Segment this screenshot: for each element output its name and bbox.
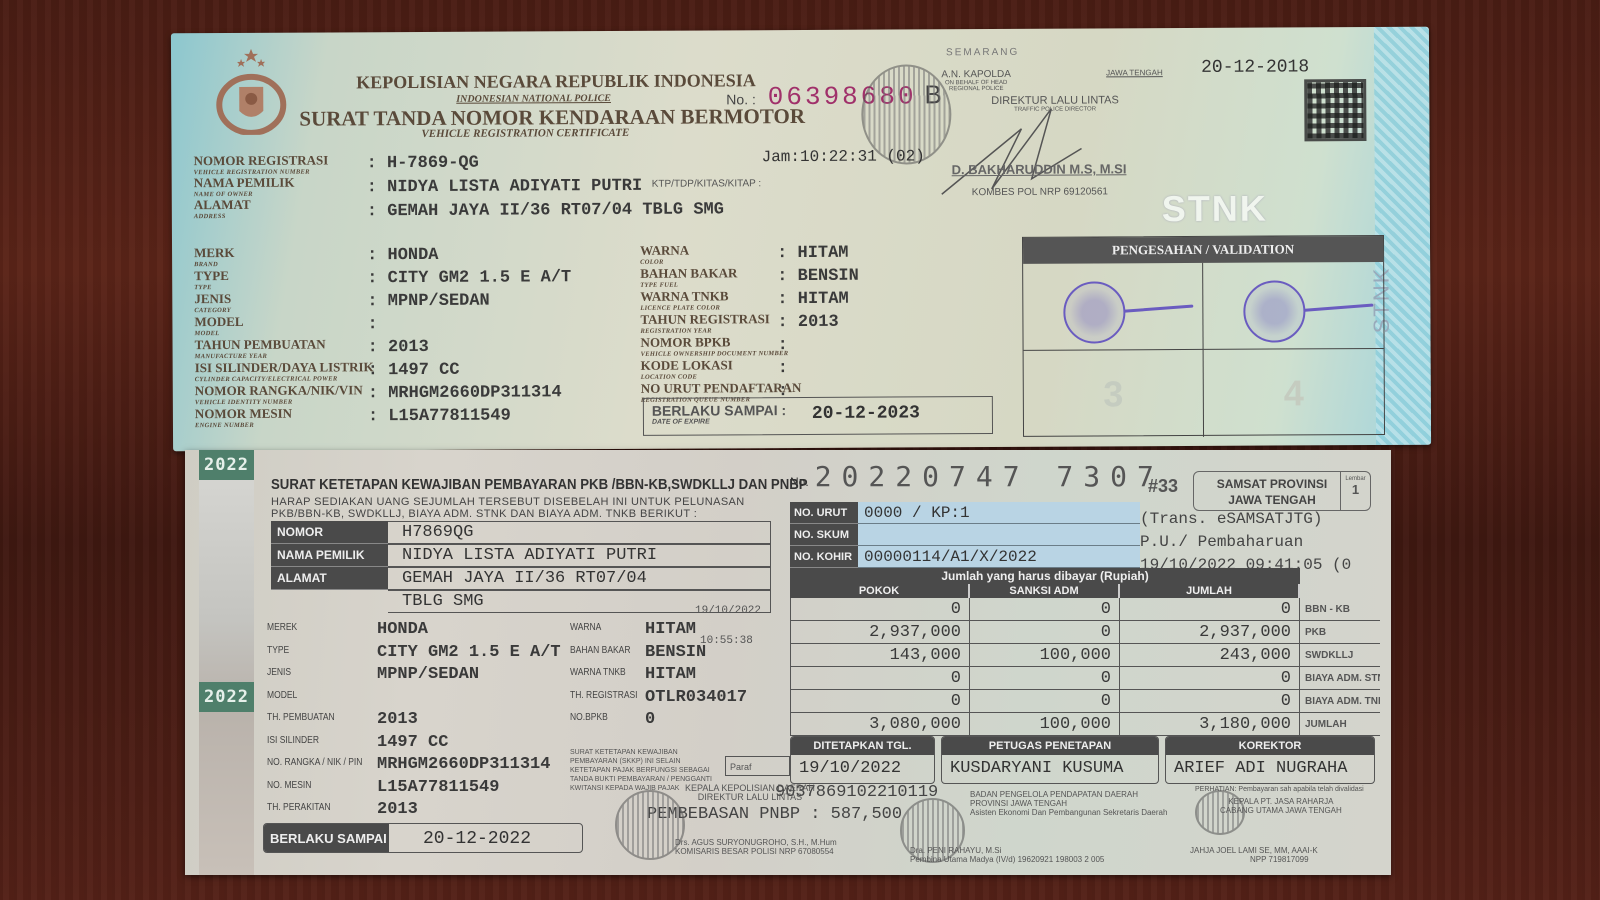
pnbp-exemption: PEMBEBASAN PNBP : 587,500 xyxy=(647,810,902,819)
field-label: NO. RANGKA / NIK / PIN xyxy=(267,757,362,768)
document-title-en: VEHICLE REGISTRATION CERTIFICATE xyxy=(421,127,629,140)
payment-row: 000BBN - KB xyxy=(790,598,1380,621)
payment-pokok: 0 xyxy=(790,667,970,689)
expiry-box: BERLAKU SAMPAI :DATE OF EXPIRE 20-12-202… xyxy=(643,396,993,436)
col-jumlah: JUMLAH xyxy=(1120,584,1300,598)
field-value: : BENSIN xyxy=(777,267,859,286)
assessment-row: DITETAPKAN TGL.19/10/2022 PETUGAS PENETA… xyxy=(790,736,1375,784)
validation-signature-icon xyxy=(1303,304,1373,312)
doc-no-label: No. : xyxy=(726,91,756,107)
owner-label: ALAMAT xyxy=(271,567,388,590)
owner-table: NOMOR REGISTRASIH7869QG NAMA PEMILIKNIDY… xyxy=(271,521,771,613)
payment-pokok: 0 xyxy=(790,598,970,620)
payment-pokok: 143,000 xyxy=(790,644,970,666)
qr-code-icon xyxy=(1304,79,1366,141)
issue-time: Jam:10:22:31 (02) xyxy=(762,147,925,166)
field-value: : HITAM xyxy=(777,244,849,263)
payment-row: 000BIAYA ADM. STNK xyxy=(790,667,1380,690)
payment-row: 000BIAYA ADM. TNKB xyxy=(790,690,1380,713)
payment-validity-note: PERHATIAN: Pembayaran sah apabila telah … xyxy=(1195,785,1364,794)
value-address: : GEMAH JAYA II/36 RT07/04 TBLG SMG xyxy=(367,200,724,221)
field-value: MPNP/SEDAN xyxy=(377,665,479,684)
print-date-stamp: 19/10/2022 xyxy=(695,607,761,616)
ditetapkan-box: DITETAPKAN TGL.19/10/2022 xyxy=(790,736,935,784)
owner-value: NIDYA LISTA ADIYATI PUTRI xyxy=(388,544,771,567)
payment-pokok: 3,080,000 xyxy=(790,713,970,735)
lembar-box: Lembar1 xyxy=(1340,472,1370,510)
expiry-label: BERLAKU SAMPAI :DATE OF EXPIRE xyxy=(652,402,786,426)
field-value: : xyxy=(367,315,377,334)
validation-stamp-icon xyxy=(1063,281,1125,343)
reference-row: NO. URUT0000 / KP:1 xyxy=(790,502,1140,524)
validation-slot-4: 4 xyxy=(1204,349,1384,437)
year-badge: 2022 xyxy=(199,450,254,480)
field-value: : 2013 xyxy=(368,338,429,357)
validation-slot-2 xyxy=(1203,262,1383,350)
field-value: 2013 xyxy=(377,800,418,819)
expiry-date: 20-12-2023 xyxy=(812,403,920,424)
field-value: HITAM xyxy=(645,620,696,639)
samsat-box: SAMSAT PROVINSIJAWA TENGAH Lembar1 xyxy=(1193,471,1371,511)
field-value: BENSIN xyxy=(645,643,706,662)
validation-slot-3: 3 xyxy=(1024,350,1204,438)
field-value: CITY GM2 1.5 E A/T xyxy=(377,643,561,662)
owner-label: NOMOR REGISTRASI xyxy=(271,521,388,544)
print-time-stamp: 10:55:38 xyxy=(700,637,753,646)
field-label: TYPE xyxy=(267,645,289,656)
stnk-vehicle-registration-certificate: KEPOLISIAN NEGARA REPUBLIK INDONESIA IND… xyxy=(171,27,1431,452)
field-label: NO. MESIN xyxy=(267,780,311,791)
reference-row: NO. KOHIR00000114/A1/X/2022 xyxy=(790,546,1140,568)
header-police: KEPOLISIAN NEGARA REPUBLIK INDONESIA xyxy=(356,70,756,93)
paraf-box: Paraf xyxy=(725,756,790,776)
payment-row: 143,000100,000243,000SWDKLLJ xyxy=(790,644,1380,667)
validation-stamp-icon xyxy=(1243,280,1305,342)
field-value: : CITY GM2 1.5 E A/T xyxy=(367,268,571,288)
validation-table: PENGESAHAN / VALIDATION 3 4 xyxy=(1022,235,1385,437)
petugas-box: PETUGAS PENETAPANKUSDARYANI KUSUMA xyxy=(941,736,1159,784)
bapenda-signatory: BADAN PENGELOLA PENDAPATAN DAERAHPROVINS… xyxy=(970,790,1167,817)
field-label: WARNA TNKB xyxy=(570,667,626,678)
transaction-info: (Trans. eSAMSATJTG)P.U./ Pembaharuan19/1… xyxy=(1140,508,1351,577)
owner-label xyxy=(271,590,388,613)
field-label: TH. PERAKITAN xyxy=(267,802,331,813)
skkp-expiry-label: BERLAKU SAMPAI xyxy=(264,824,389,852)
skkp-tax-payment-notice: 2022 2022 SURAT KETETAPAN KEWAJIBAN PEMB… xyxy=(185,450,1391,875)
col-sanksi: SANKSI ADM xyxy=(970,584,1120,598)
field-value: 2013 xyxy=(377,710,418,729)
payment-sanksi: 100,000 xyxy=(970,713,1120,735)
police-signatory-name: Drs. AGUS SURYONUGROHO, S.H., M.HumKOMIS… xyxy=(675,838,837,856)
bapenda-signatory-name: Dra. PENI RAHAYU, M.SiPembina Utama Mady… xyxy=(910,846,1104,864)
payment-jumlah: 0 xyxy=(1120,667,1300,689)
field-value: 0 xyxy=(645,710,655,729)
value-owner-name: : NIDYA LISTA ADIYATI PUTRI xyxy=(367,177,643,197)
payment-sanksi: 0 xyxy=(970,667,1120,689)
signatory-name: D. BAKHARUDDIN M.S, M.SI xyxy=(952,161,1127,177)
signatory-region: JAWA TENGAH xyxy=(1106,68,1163,77)
payment-category: JUMLAH xyxy=(1300,713,1380,735)
label-id-card: KTP/TDP/KITAS/KITAP : xyxy=(652,178,762,190)
payment-header: POKOK SANKSI ADM JUMLAH xyxy=(790,584,1300,598)
payment-table: Jumlah yang harus dibayar (Rupiah) POKOK… xyxy=(790,568,1380,736)
validation-signature-icon xyxy=(1123,305,1193,313)
field-label: ISI SILINDER xyxy=(267,735,319,746)
reference-row: NO. SKUM xyxy=(790,524,1140,546)
field-value: : HONDA xyxy=(367,246,439,265)
validation-slot-1 xyxy=(1023,263,1203,351)
field-value: MRHGM2660DP311314 xyxy=(377,755,550,774)
hash-code: #33 xyxy=(1148,476,1178,497)
field-value: : HITAM xyxy=(777,290,849,309)
payment-sanksi: 0 xyxy=(970,690,1120,712)
issue-city: SEMARANG xyxy=(946,47,1019,58)
field-label: MODEL xyxy=(267,690,297,701)
slot-number: 3 xyxy=(1103,373,1123,415)
skkp-number: No.20220747 7307 xyxy=(790,460,1164,493)
owner-row: NOMOR REGISTRASIH7869QG xyxy=(271,521,771,544)
skkp-expiry-date: 20-12-2022 xyxy=(389,824,582,852)
side-security-strip xyxy=(199,450,254,875)
jasaraharja-signatory: KEPALA PT. JASA RAHARJACABANG UTAMA JAWA… xyxy=(1220,797,1342,815)
field-label: TH. PEMBUATAN xyxy=(267,712,335,723)
payment-category: BIAYA ADM. STNK xyxy=(1300,667,1380,689)
field-label: JENIS xyxy=(267,667,291,678)
field-value: HITAM xyxy=(645,665,696,684)
field-label: BAHAN BAKAR xyxy=(570,645,630,656)
payment-row: 2,937,00002,937,000PKB xyxy=(790,621,1380,644)
payment-jumlah: 2,937,000 xyxy=(1120,621,1300,643)
owner-row: ALAMATGEMAH JAYA II/36 RT07/04 xyxy=(271,567,771,590)
field-label: WARNA xyxy=(570,622,601,633)
field-value: OTLR034017 xyxy=(645,688,747,707)
signatory-rank: KOMBES POL NRP 69120561 xyxy=(972,186,1108,198)
payment-jumlah: 243,000 xyxy=(1120,644,1300,666)
payment-jumlah: 0 xyxy=(1120,690,1300,712)
field-value: : MRHGM2660DP311314 xyxy=(368,383,562,403)
signature-icon xyxy=(931,88,1132,199)
payment-title: Jumlah yang harus dibayar (Rupiah) xyxy=(790,568,1300,584)
payment-category: BIAYA ADM. TNKB xyxy=(1300,690,1380,712)
payment-pokok: 2,937,000 xyxy=(790,621,970,643)
field-value: : L15A77811549 xyxy=(368,407,511,427)
field-value: : xyxy=(778,359,788,378)
field-value: HONDA xyxy=(377,620,428,639)
header-police-en: INDONESIAN NATIONAL POLICE xyxy=(456,93,611,105)
field-value: 1497 CC xyxy=(377,733,448,752)
skkp-expiry-box: BERLAKU SAMPAI 20-12-2022 xyxy=(263,823,583,853)
payment-sanksi: 0 xyxy=(970,598,1120,620)
field-label: NOMOR MESINENGINE NUMBER xyxy=(195,408,292,433)
jasaraharja-signatory-name: JAHJA JOEL LAMI SE, MM, AAAI-KNPP 719817… xyxy=(1190,846,1318,864)
validation-title: PENGESAHAN / VALIDATION xyxy=(1023,236,1383,264)
payment-row: 3,080,000100,0003,180,000JUMLAH xyxy=(790,713,1380,736)
skkp-title: SURAT KETETAPAN KEWAJIBAN PEMBAYARAN PKB… xyxy=(271,476,808,493)
field-label: NO.BPKB xyxy=(570,712,608,723)
owner-label: NAMA PEMILIK xyxy=(271,544,388,567)
payment-category: SWDKLLJ xyxy=(1300,644,1380,666)
skkp-subtitle: HARAP SEDIAKAN UANG SEJUMLAH TERSEBUT DI… xyxy=(271,496,745,520)
field-value: L15A77811549 xyxy=(377,778,499,797)
reference-numbers-table: NO. URUT0000 / KP:1 NO. SKUM NO. KOHIR00… xyxy=(790,502,1140,568)
year-badge: 2022 xyxy=(199,682,254,712)
field-value: : 1497 CC xyxy=(368,361,460,380)
col-pokok: POKOK xyxy=(790,584,970,598)
field-label: MEREK xyxy=(267,622,297,633)
payment-sanksi: 0 xyxy=(970,621,1120,643)
payment-category: BBN - KB xyxy=(1300,598,1380,620)
field-label: TH. REGISTRASI xyxy=(570,690,638,701)
korektor-box: KOREKTORARIEF ADI NUGRAHA xyxy=(1165,736,1375,784)
stnk-watermark-logo: STNK xyxy=(1162,188,1268,231)
slot-number: 4 xyxy=(1284,372,1304,414)
on-behalf-text: A.N. KAPOLDA xyxy=(941,69,1011,80)
owner-value: GEMAH JAYA II/36 RT07/04 xyxy=(388,567,771,590)
field-value: : 2013 xyxy=(777,313,838,332)
payment-jumlah: 0 xyxy=(1120,598,1300,620)
payment-sanksi: 100,000 xyxy=(970,644,1120,666)
payment-pokok: 0 xyxy=(790,690,970,712)
value-registration-number: : H-7869-QG xyxy=(367,154,479,174)
field-value: : xyxy=(778,336,788,355)
issue-date: 20-12-2018 xyxy=(1201,57,1309,78)
field-value: : MPNP/SEDAN xyxy=(367,292,490,312)
payment-category: PKB xyxy=(1300,621,1380,643)
payment-jumlah: 3,180,000 xyxy=(1120,713,1300,735)
label-address: ALAMATADDRESS xyxy=(194,199,251,223)
owner-value: H7869QG xyxy=(388,521,771,544)
police-emblem-icon xyxy=(211,47,291,135)
owner-row: NAMA PEMILIKNIDYA LISTA ADIYATI PUTRI xyxy=(271,544,771,567)
police-signatory: KEPALA KEPOLISIAN DAERAHDIREKTUR LALU LI… xyxy=(685,784,815,802)
